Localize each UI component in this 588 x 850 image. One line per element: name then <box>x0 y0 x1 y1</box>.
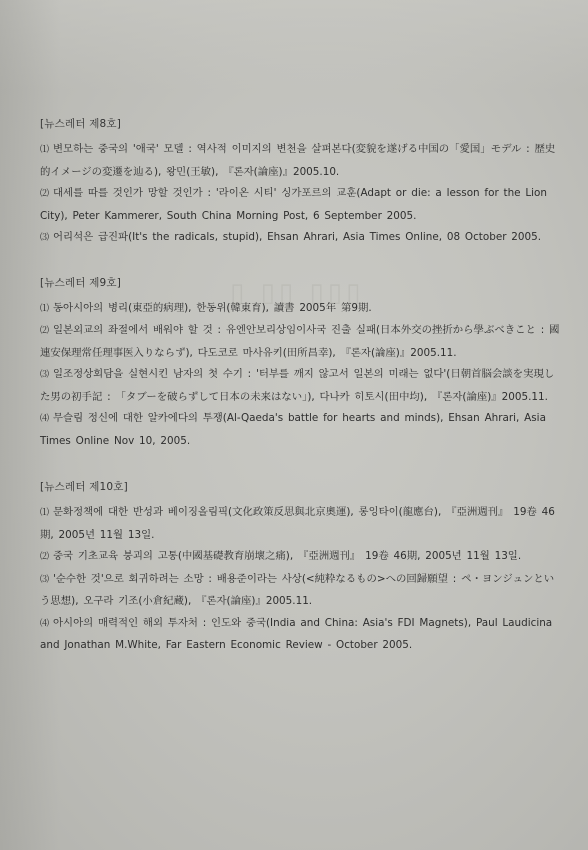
entry-number: ⑷ <box>40 619 49 629</box>
reference-entry: ⑴변모하는 중국의 '애국' 모델 : 역사적 이미지의 변천을 살펴본다(変貌… <box>40 139 560 183</box>
paper-shading-top <box>0 0 588 90</box>
section-title: [뉴스레터 제9호] <box>40 276 560 290</box>
document-page: [뉴스레터 제8호] ⑴변모하는 중국의 '애국' 모델 : 역사적 이미지의 … <box>40 117 560 681</box>
reference-entry: ⑷무슬림 정신에 대한 알카에다의 투쟁(Al-Qaeda's battle f… <box>40 408 560 452</box>
entry-number: ⑶ <box>40 370 49 380</box>
section-title: [뉴스레터 제8호] <box>40 117 560 131</box>
entry-text: 일본외교의 좌절에서 배워야 할 것 : 유엔안보리상임이사국 진출 실패(日本… <box>40 324 559 359</box>
reference-entry: ⑵중국 기초교육 붕괴의 고통(中國基礎教育崩壞之痛), 『亞洲週刊』 19卷 … <box>40 546 560 569</box>
entry-text: 무슬림 정신에 대한 알카에다의 투쟁(Al-Qaeda's battle fo… <box>40 412 546 447</box>
entry-text: 일조정상회담을 실현시킨 남자의 첫 수기 : '터부를 깨지 않고서 일본의 … <box>40 368 554 403</box>
reference-entry: ⑶'순수한 것'으로 회귀하려는 소망 : 배용준이라는 사상(<純粋なるもの>… <box>40 569 560 613</box>
entry-number: ⑶ <box>40 575 49 585</box>
entry-number: ⑵ <box>40 189 49 199</box>
entry-number: ⑵ <box>40 326 49 336</box>
entry-text: 문화정책에 대한 반성과 베이징올림픽(文化政策反思與北京奧運), 롱잉타이(龍… <box>40 506 555 541</box>
reference-entry: ⑴문화정책에 대한 반성과 베이징올림픽(文化政策反思與北京奧運), 롱잉타이(… <box>40 502 560 546</box>
reference-entry: ⑷아시아의 매력적인 해외 투자처 : 인도와 중국(India and Chi… <box>40 613 560 657</box>
entry-number: ⑴ <box>40 304 49 314</box>
entry-text: 중국 기초교육 붕괴의 고통(中國基礎教育崩壞之痛), 『亞洲週刊』 19卷 4… <box>53 550 521 562</box>
reference-entry: ⑶일조정상회담을 실현시킨 남자의 첫 수기 : '터부를 깨지 않고서 일본의… <box>40 364 560 408</box>
newsletter-section-10: [뉴스레터 제10호] ⑴문화정책에 대한 반성과 베이징올림픽(文化政策反思與… <box>40 480 560 657</box>
entry-number: ⑵ <box>40 552 49 562</box>
entry-text: 아시아의 매력적인 해외 투자처 : 인도와 중국(India and Chin… <box>40 617 552 652</box>
entry-number: ⑷ <box>40 414 49 424</box>
entry-text: 동아시아의 병리(東亞的病理), 한동위(韓東育), 讀書 2005年 第9期. <box>53 302 372 314</box>
entry-number: ⑶ <box>40 233 49 243</box>
entry-text: 어리석은 급진파(It's the radicals, stupid), Ehs… <box>53 231 541 243</box>
entry-text: '순수한 것'으로 회귀하려는 소망 : 배용준이라는 사상(<純粋なるもの>へ… <box>40 573 554 608</box>
entry-number: ⑴ <box>40 508 49 518</box>
entry-text: 대세를 따를 것인가 망할 것인가 : '라이온 시티' 싱가포르의 교훈(Ad… <box>40 187 547 222</box>
reference-entry: ⑴동아시아의 병리(東亞的病理), 한동위(韓東育), 讀書 2005年 第9期… <box>40 298 560 321</box>
reference-entry: ⑵일본외교의 좌절에서 배워야 할 것 : 유엔안보리상임이사국 진출 실패(日… <box>40 320 560 364</box>
newsletter-section-8: [뉴스레터 제8호] ⑴변모하는 중국의 '애국' 모델 : 역사적 이미지의 … <box>40 117 560 250</box>
section-title: [뉴스레터 제10호] <box>40 480 560 494</box>
reference-entry: ⑶어리석은 급진파(It's the radicals, stupid), Eh… <box>40 227 560 250</box>
entry-number: ⑴ <box>40 145 49 155</box>
entry-text: 변모하는 중국의 '애국' 모델 : 역사적 이미지의 변천을 살펴본다(変貌を… <box>40 143 555 178</box>
newsletter-section-9: [뉴스레터 제9호] ⑴동아시아의 병리(東亞的病理), 한동위(韓東育), 讀… <box>40 276 560 453</box>
reference-entry: ⑵대세를 따를 것인가 망할 것인가 : '라이온 시티' 싱가포르의 교훈(A… <box>40 183 560 227</box>
